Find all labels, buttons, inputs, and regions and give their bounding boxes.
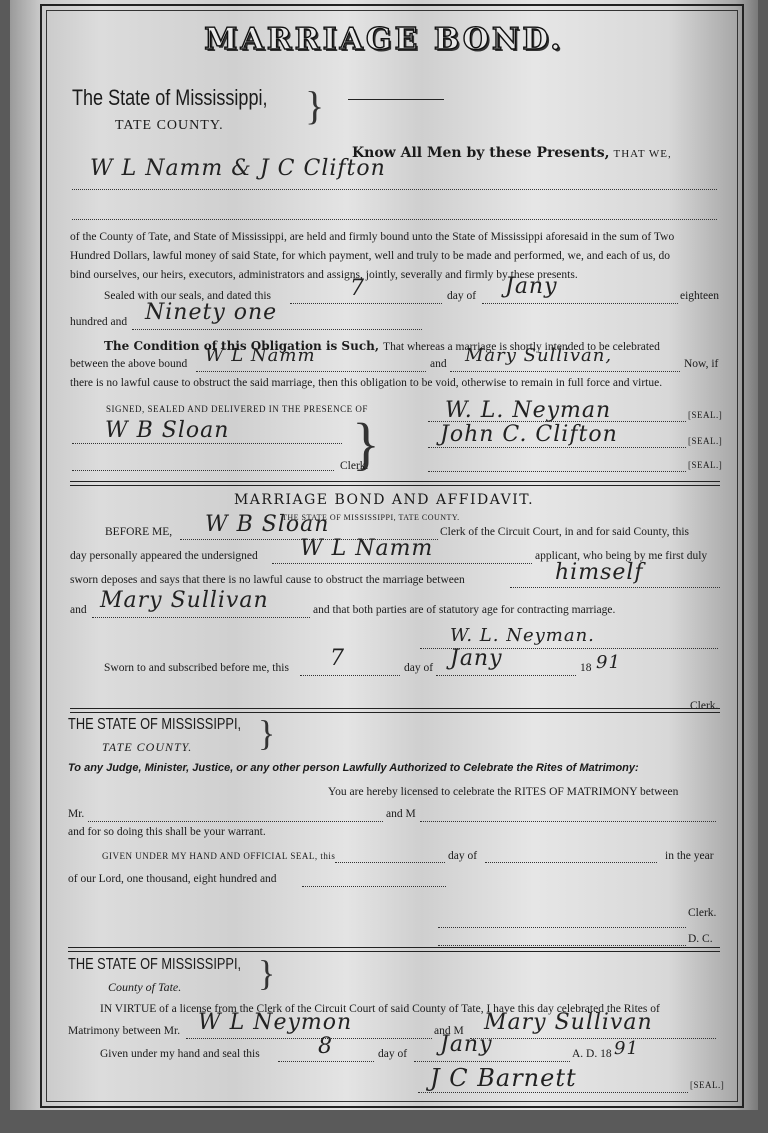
- statutory-text: and that both parties are of statutory a…: [313, 604, 615, 616]
- witness-line: [72, 443, 342, 444]
- year-suffix: 91: [596, 652, 621, 673]
- know-all-men-line: Know All Men by these Presents, THAT WE,: [352, 144, 672, 162]
- clerk-line: [72, 470, 334, 471]
- groom-line: [196, 371, 426, 372]
- matrimony-label: Matrimony between Mr.: [68, 1025, 180, 1037]
- county-heading: TATE COUNTY.: [115, 118, 224, 134]
- certificate-groom-line: [186, 1038, 432, 1039]
- bond-text-line: of the County of Tate, and State of Miss…: [70, 228, 720, 247]
- brace-icon: }: [305, 82, 324, 129]
- certificate-bride: Mary Sullivan: [484, 1010, 653, 1035]
- know-all-men-heading: Know All Men by these Presents,: [352, 145, 609, 161]
- seal-label: [SEAL.]: [690, 1080, 724, 1090]
- license-address: To any Judge, Minister, Justice, or any …: [68, 762, 639, 774]
- signature-1: W. L. Neyman: [445, 398, 611, 423]
- sworn-day-value: 7: [330, 646, 345, 671]
- clerk-label: Clerk.: [340, 460, 368, 472]
- obligors-line: [72, 188, 717, 190]
- ad-label: A. D. 18: [572, 1048, 612, 1060]
- day-of-label: day of: [448, 850, 477, 862]
- license-county: TATE COUNTY.: [102, 740, 192, 755]
- document-title: MARRIAGE BOND.: [0, 22, 768, 57]
- witness-label: SIGNED, SEALED AND DELIVERED IN THE PRES…: [106, 404, 368, 414]
- applicant-name: W L Namm: [300, 536, 433, 561]
- year-words-line: [132, 329, 422, 330]
- day-of-label: day of: [447, 290, 476, 302]
- license-year-line: [302, 886, 446, 887]
- bond-text-line: Hundred Dollars, lawful money of said St…: [70, 247, 720, 266]
- dc-label: D. C.: [688, 933, 713, 945]
- hundred-and-label: hundred and: [70, 316, 127, 328]
- lord-text: of our Lord, one thousand, eight hundred…: [68, 873, 277, 885]
- cert-month-line: [414, 1061, 570, 1062]
- section-divider: [68, 947, 720, 952]
- certificate-bride-line: [470, 1038, 716, 1039]
- party2-line: [92, 617, 310, 618]
- state-heading: The State of Mississippi,: [72, 85, 268, 111]
- and-label: and: [70, 604, 87, 616]
- license-day-line: [335, 862, 445, 863]
- day-of-label: day of: [378, 1048, 407, 1060]
- mr-label: Mr.: [68, 808, 84, 820]
- appeared-label: day personally appeared the undersigned: [70, 550, 258, 562]
- sealed-month-value: Jany: [505, 274, 558, 299]
- signature-2: John C. Clifton: [440, 422, 618, 447]
- title-rule: [348, 99, 444, 100]
- eighteen-label: eighteen: [680, 290, 719, 302]
- certificate-groom: W L Neymon: [198, 1010, 352, 1035]
- sealed-month-line: [482, 303, 678, 304]
- cert-given-label: Given under my hand and seal this: [100, 1048, 260, 1060]
- affidavit-clerk-name: W B Sloan: [205, 512, 329, 537]
- year-words-value: Ninety one: [145, 300, 277, 325]
- day-of-label: day of: [404, 662, 433, 674]
- sworn-text: sworn deposes and says that there is no …: [70, 574, 465, 586]
- bride-line: [450, 371, 680, 372]
- between-label: between the above bound: [70, 358, 187, 370]
- party2-value: Mary Sullivan: [100, 588, 269, 613]
- clerk-text: Clerk of the Circuit Court, in and for s…: [440, 526, 689, 538]
- certificate-county: County of Tate.: [108, 980, 181, 995]
- sealed-day-value: 7: [350, 276, 365, 301]
- signature-line-2: [428, 447, 686, 448]
- cert-day-value: 8: [318, 1034, 333, 1059]
- applicant-line: [272, 563, 532, 564]
- section-divider: [70, 481, 720, 486]
- bond-paragraph: of the County of Tate, and State of Miss…: [70, 228, 720, 285]
- party1-line: [510, 587, 720, 588]
- sworn-day-line: [300, 675, 400, 676]
- that-we-label: THAT WE,: [613, 148, 671, 160]
- license-clerk-line: [438, 927, 686, 928]
- cert-year-suffix: 91: [614, 1038, 639, 1059]
- licensed-text: You are hereby licensed to celebrate the…: [328, 786, 678, 798]
- signature-line-3: [428, 471, 686, 472]
- seal-label: [SEAL.]: [688, 436, 722, 446]
- clerk-label: Clerk.: [688, 907, 716, 919]
- and-m-label: and M: [386, 808, 416, 820]
- brace-icon: }: [258, 952, 275, 994]
- sworn-month-line: [436, 675, 576, 676]
- witness-signature: W B Sloan: [105, 418, 229, 443]
- blank-line: [72, 218, 717, 220]
- warrant-text: and for so doing this shall be your warr…: [68, 826, 266, 838]
- license-dc-line: [438, 945, 686, 946]
- seal-label: [SEAL.]: [688, 410, 722, 420]
- license-month-line: [485, 862, 657, 863]
- sworn-month-value: Jany: [450, 646, 503, 671]
- bond-text-line: bind ourselves, our heirs, executors, ad…: [70, 266, 720, 285]
- given-label: GIVEN UNDER MY HAND AND OFFICIAL SEAL, t…: [102, 851, 335, 861]
- cert-day-line: [278, 1061, 374, 1062]
- cert-month-value: Jany: [440, 1032, 493, 1057]
- affidavit-title: MARRIAGE BOND AND AFFIDAVIT.: [0, 492, 768, 508]
- year-prefix: 18: [580, 662, 592, 674]
- brace-icon: }: [258, 712, 275, 754]
- license-groom-line: [88, 821, 383, 822]
- license-state: THE STATE OF MISSISSIPPI,: [68, 716, 241, 734]
- seal-label: [SEAL.]: [688, 460, 722, 470]
- party1-value: himself: [555, 560, 644, 585]
- in-year-label: in the year: [665, 850, 714, 862]
- bride-name: Mary Sullivan,: [465, 345, 612, 366]
- section-divider: [70, 708, 720, 713]
- and-label: and: [430, 358, 447, 370]
- groom-name: W L Namm: [205, 345, 316, 366]
- now-if-label: Now, if: [684, 358, 718, 370]
- sworn-label: Sworn to and subscribed before me, this: [104, 662, 289, 674]
- applicant-signature: W. L. Neyman.: [450, 625, 595, 646]
- obligors-signature: W L Namm & J C Clifton: [90, 156, 386, 181]
- officiant-line: [418, 1092, 688, 1093]
- sealed-day-line: [290, 303, 442, 304]
- before-me-label: BEFORE ME,: [105, 526, 172, 538]
- condition-line-3: there is no lawful cause to obstruct the…: [70, 377, 720, 389]
- officiant-signature: J C Barnett: [430, 1064, 577, 1092]
- certificate-state: THE STATE OF MISSISSIPPI,: [68, 956, 241, 974]
- license-bride-line: [420, 821, 716, 822]
